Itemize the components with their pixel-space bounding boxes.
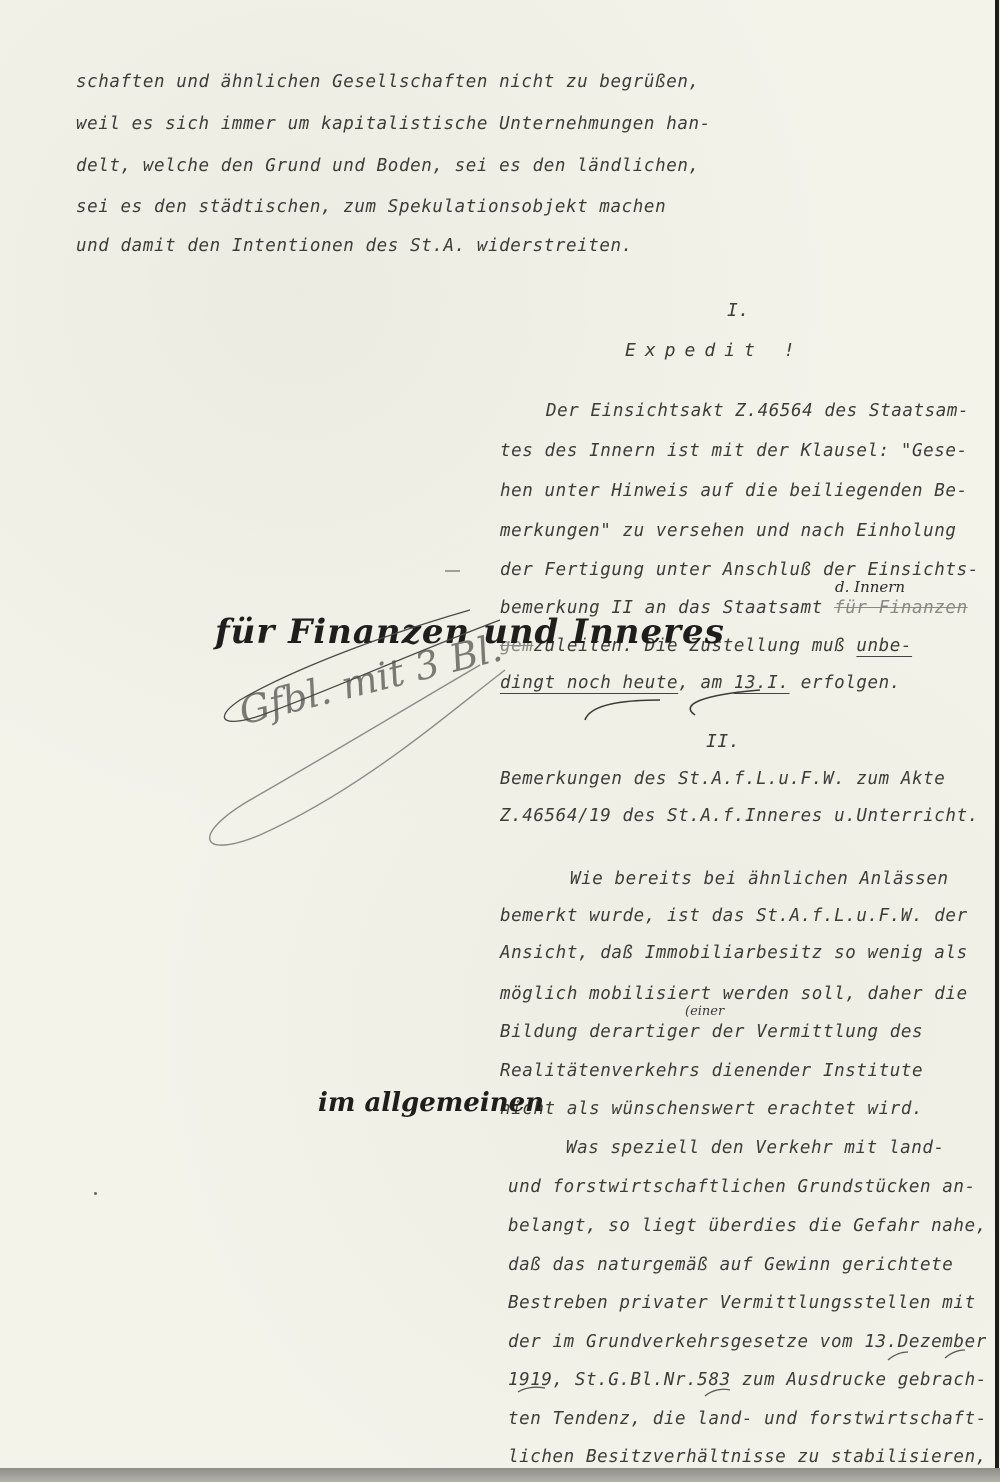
- handwritten-margin-insert: im allgemeinen: [318, 1088, 544, 1118]
- underlined-text: dingt noch heute: [500, 673, 678, 693]
- text-line: der im Grundverkehrsgesetze vom 13.Dezem…: [508, 1332, 987, 1352]
- document-page: schaften und ähnlichen Gesellschaften ni…: [0, 0, 999, 1468]
- text-line: Wie bereits bei ähnlichen Anlässen: [570, 869, 949, 889]
- text-line: bemerkt wurde, ist das St.A.f.L.u.F.W. d…: [500, 906, 968, 926]
- text-line: lichen Besitzverhältnisse zu stabilisier…: [508, 1447, 987, 1467]
- text-line: dingt noch heute, am 13.I. erfolgen.: [500, 673, 901, 693]
- text-line: und forstwirtschaftlichen Grundstücken a…: [508, 1177, 976, 1197]
- text-line: ten Tendenz, die land- und forstwirtscha…: [508, 1409, 987, 1429]
- text-line: nicht als wünschenswert erachtet wird.: [500, 1099, 923, 1119]
- text-line: hen unter Hinweis auf die beiliegenden B…: [500, 481, 968, 501]
- text-line: Der Einsichtsakt Z.46564 des Staatsam-: [546, 401, 969, 421]
- stray-mark: [94, 1192, 97, 1195]
- struck-text: für Finanzen: [834, 598, 968, 618]
- section-heading-line: Z.46564/19 des St.A.f.Inneres u.Unterric…: [500, 806, 979, 826]
- section-title-expedit: Expedit !: [625, 340, 804, 361]
- section-heading-line: Bemerkungen des St.A.f.L.u.F.W. zum Akte: [500, 769, 945, 789]
- text-line: und damit den Intentionen des St.A. wide…: [76, 236, 633, 256]
- text-line: Was speziell den Verkehr mit land-: [566, 1138, 945, 1158]
- scan-bottom-edge: [0, 1468, 1000, 1482]
- text-line: merkungen" zu versehen und nach Einholun…: [500, 521, 957, 541]
- text-line: Ansicht, daß Immobiliarbesitz so wenig a…: [500, 943, 968, 963]
- text-segment: , am: [678, 673, 734, 693]
- underlined-date: 13.I.: [734, 673, 790, 693]
- text-line: der Fertigung unter Anschluß der Einsich…: [500, 560, 979, 580]
- text-line: Realitätenverkehrs dienender Institute: [500, 1061, 923, 1081]
- text-line: 1919, St.G.Bl.Nr.583 zum Ausdrucke gebra…: [508, 1370, 987, 1390]
- text-line: sei es den städtischen, zum Spekulations…: [76, 197, 666, 217]
- handwritten-insert: (einer: [685, 1004, 724, 1019]
- text-line: daß das naturgemäß auf Gewinn gerichtete: [508, 1255, 953, 1275]
- handwritten-insert: d. Innern: [835, 578, 905, 596]
- text-line: Bildung derartiger der Vermittlung des: [500, 1022, 923, 1042]
- text-line: belangt, so liegt überdies die Gefahr na…: [508, 1216, 987, 1236]
- text-line: tes des Innern ist mit der Klausel: "Ges…: [500, 441, 968, 461]
- section-numeral-1: I.: [727, 300, 750, 321]
- text-line: Bestreben privater Vermittlungsstellen m…: [508, 1293, 976, 1313]
- text-line: weil es sich immer um kapitalistische Un…: [76, 114, 711, 134]
- text-segment: erfolgen.: [790, 673, 901, 693]
- text-line: schaften und ähnlichen Gesellschaften ni…: [76, 72, 700, 92]
- underlined-text: unbe-: [856, 636, 912, 656]
- section-numeral-2: II.: [706, 731, 740, 752]
- text-line: delt, welche den Grund und Boden, sei es…: [76, 156, 700, 176]
- text-line: möglich mobilisiert werden soll, daher d…: [500, 984, 968, 1004]
